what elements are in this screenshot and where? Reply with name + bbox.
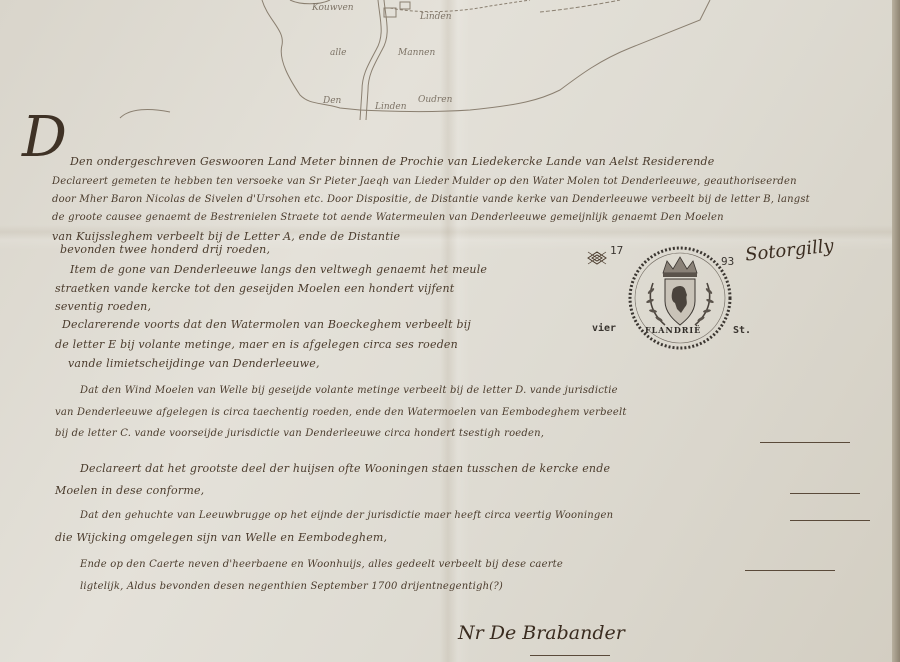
text-line: die Wijcking omgelegen sijn van Welle en… [55,531,387,544]
stamp-value-label: vier [592,323,616,334]
map-label: Den [323,96,341,106]
stamp-region-label: FLANDRIË [645,325,701,335]
map-label: alle [330,48,346,58]
text-line: de groote causee genaemt de Bestrenielen… [52,212,724,223]
signature-bottom: Nr De Brabander [458,622,625,644]
text-line: Declarerende voorts dat den Watermolen v… [62,318,471,331]
map-label: Linden [375,102,407,112]
stamp-year-left: 17 [610,244,623,257]
text-line: ligtelijk, Aldus bevonden desen negenthi… [80,581,503,592]
text-line: Den ondergeschreven Geswooren Land Meter… [70,155,714,168]
flourish-line [530,655,610,656]
text-line: bevonden twee honderd drij roeden, [60,243,270,256]
text-line: straetken vande kercke tot den geseijden… [55,282,454,295]
flourish-line [760,442,850,443]
text-line: door Mher Baron Nicolas de Sivelen d'Urs… [52,194,810,205]
text-line: bij de letter C. vande voorseijde jurisd… [55,428,544,439]
text-line: Declareert dat het grootste deel der hui… [80,462,610,475]
text-line: Ende op den Caerte neven d'heerbaene en … [80,559,563,570]
map-label: Mannen [398,48,435,58]
map-label: Kouwven [312,3,354,13]
text-line: Item de gone van Denderleeuwe langs den … [70,263,487,276]
stamp-year-right: 93 [721,255,734,268]
text-line: Dat den gehuchte van Leeuwbrugge op het … [80,510,613,521]
stamp-value-unit: St. [733,325,751,336]
text-line: seventig roeden, [55,300,151,313]
map-label: Linden [420,12,452,22]
text-line: Moelen in dese conforme, [55,484,204,497]
tax-stamp: FLANDRIË [625,243,735,353]
text-line: de letter E bij volante metinge, maer en… [55,338,458,351]
map-fragment: Kouwven Linden alle Mannen Den Linden Ou… [0,0,900,120]
signature-top-right: Sotorgilly [744,235,835,265]
flourish-line [790,520,870,521]
flourish-line [790,493,860,494]
ornament-icon [586,250,608,266]
flanders-lion-stamp-icon [625,243,735,353]
text-line: Dat den Wind Moelen van Welle bij geseij… [80,385,618,396]
text-line: van Kuijssleghem verbeelt bij de Letter … [52,230,400,243]
text-line: van Denderleeuwe afgelegen is circa taec… [55,407,627,418]
document-page: Kouwven Linden alle Mannen Den Linden Ou… [0,0,900,662]
decorative-initial: D [22,110,67,166]
map-label: Oudren [418,95,452,105]
text-line: Declareert gemeten te hebben ten versoek… [52,176,797,187]
flourish-line [745,570,835,571]
paper-edge [892,0,900,662]
text-line: vande limietscheijdinge van Denderleeuwe… [68,357,320,370]
